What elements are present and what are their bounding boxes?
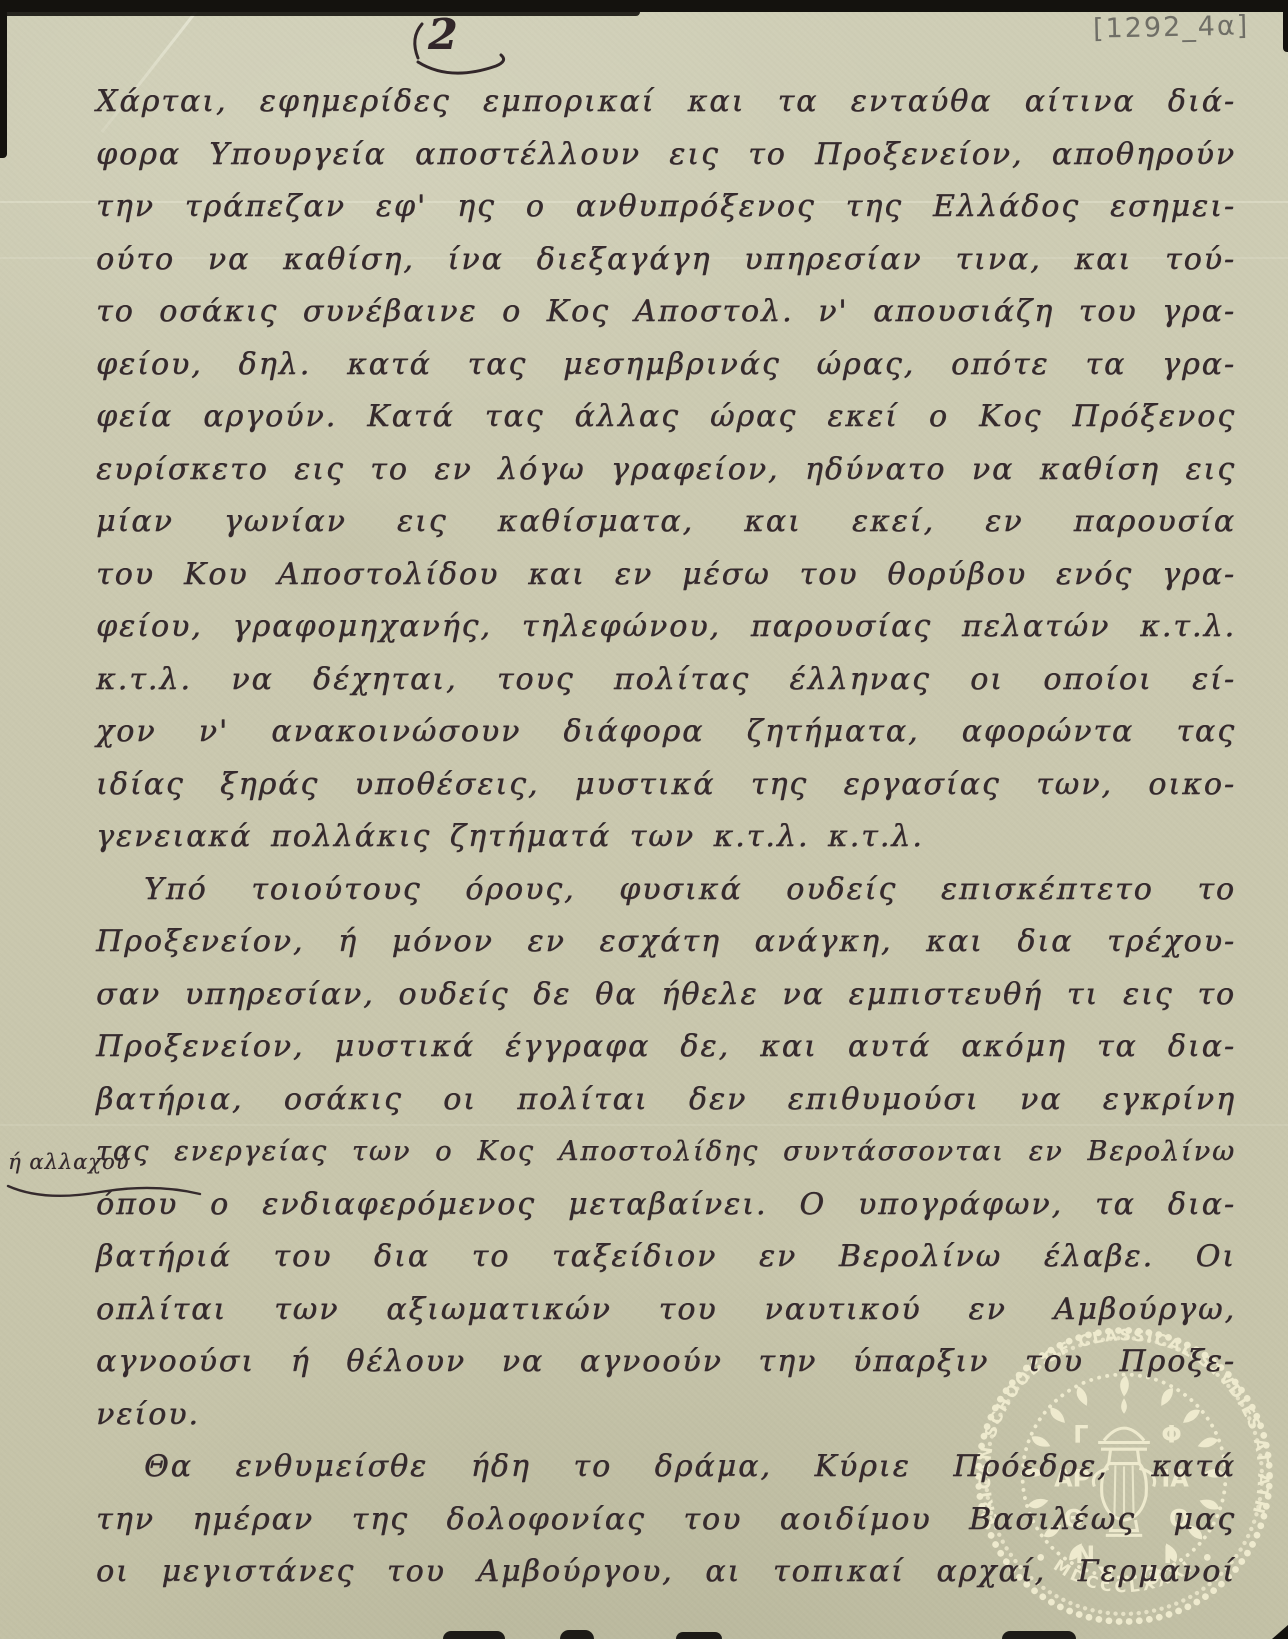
manuscript-line: κ.τ.λ. να δέχηται, τους πολίτας έλληνας …	[96, 654, 1236, 707]
manuscript-line: ούτο να καθίση, ίνα διεξαγάγη υπηρεσίαν …	[96, 234, 1236, 287]
manuscript-line: βατήρια, οσάκις οι πολίται δεν επιθυμούσ…	[96, 1074, 1236, 1127]
margin-note-underline	[4, 1168, 214, 1208]
cutoff-ink-stroke	[560, 1630, 594, 1639]
manuscript-line: χον ν' ανακοινώσουν διάφορα ζητήματα, αφ…	[96, 706, 1236, 759]
manuscript-line: οπλίται των αξιωματικών του ναυτικού εν …	[96, 1284, 1236, 1337]
manuscript-line: την τράπεζαν εφ' ης ο ανθυπρόξενος της Ε…	[96, 181, 1236, 234]
manuscript-line: φεία αργούν. Κατά τας άλλας ώρας εκεί ο …	[96, 391, 1236, 444]
manuscript-line: ευρίσκετο εις το εν λόγω γραφείον, ηδύνα…	[96, 444, 1236, 497]
manuscript-line: Προξενείον, ή μόνον εν εσχάτη ανάγκη, κα…	[96, 916, 1236, 969]
manuscript-line: Υπό τοιούτους όρους, φυσικά ουδείς επισκ…	[96, 864, 1236, 917]
letter-body: Χάρται, εφημερίδες εμπορικαί και τα εντα…	[96, 76, 1236, 1599]
cutoff-ink-stroke	[443, 1631, 505, 1639]
manuscript-line: Θα ενθυμείσθε ήδη το δράμα, Κύριε Πρόεδρ…	[96, 1441, 1236, 1494]
manuscript-line: αγνοούσι ή θέλουν να αγνοούν την ύπαρξιν…	[96, 1336, 1236, 1389]
manuscript-line: ιδίας ξηράς υποθέσεις, μυστικά της εργασ…	[96, 759, 1236, 812]
archival-reference: [1292_4α]	[1093, 10, 1250, 44]
manuscript-line: όπου ο ενδιαφερόμενος μεταβαίνει. Ο υπογ…	[96, 1179, 1236, 1232]
manuscript-line: φορα Υπουργεία αποστέλλουν εις το Προξεν…	[96, 129, 1236, 182]
manuscript-line: τας ενεργείας των ο Κος Αποστολίδης συντ…	[96, 1126, 1236, 1179]
manuscript-page: Γ Φ ΑΡ ΙΑ Θ Ο Ν Ι Υ Ο AMERICAN SCHOOL OF…	[0, 0, 1288, 1639]
scan-edge-top	[0, 10, 640, 16]
manuscript-line: βατήριά του δια το ταξείδιον εν Βερολίνω…	[96, 1231, 1236, 1284]
manuscript-line: του Κου Αποστολίδου και εν μέσω του θορύ…	[96, 549, 1236, 602]
scan-edge-right	[1283, 6, 1288, 52]
manuscript-line: φείου, γραφομηχανής, τηλεφώνου, παρουσία…	[96, 601, 1236, 654]
manuscript-line: φείου, δηλ. κατά τας μεσημβρινάς ώρας, ο…	[96, 339, 1236, 392]
manuscript-line: οι μεγιστάνες του Αμβούργου, αι τοπικαί …	[96, 1546, 1236, 1599]
scan-edge-corner	[1272, 1625, 1288, 1639]
manuscript-line: γενειακά πολλάκις ζητήματά των κ.τ.λ. κ.…	[96, 811, 1236, 864]
manuscript-line: Χάρται, εφημερίδες εμπορικαί και τα εντα…	[96, 76, 1236, 129]
manuscript-line: νείου.	[96, 1389, 1236, 1442]
manuscript-line: Προξενείον, μυστικά έγγραφα δε, και αυτά…	[96, 1021, 1236, 1074]
manuscript-line: μίαν γωνίαν εις καθίσματα, και εκεί, εν …	[96, 496, 1236, 549]
manuscript-line: σαν υπηρεσίαν, ουδείς δε θα ήθελε να εμπ…	[96, 969, 1236, 1022]
manuscript-line: το οσάκις συνέβαινε ο Κος Αποστολ. ν' απ…	[96, 286, 1236, 339]
scan-edge-left	[0, 0, 7, 158]
cutoff-ink-stroke	[676, 1632, 722, 1639]
manuscript-line: την ημέραν της δολοφονίας του αοιδίμου Β…	[96, 1494, 1236, 1547]
cutoff-ink-stroke	[1002, 1631, 1076, 1639]
page-number-flourish	[388, 14, 538, 80]
